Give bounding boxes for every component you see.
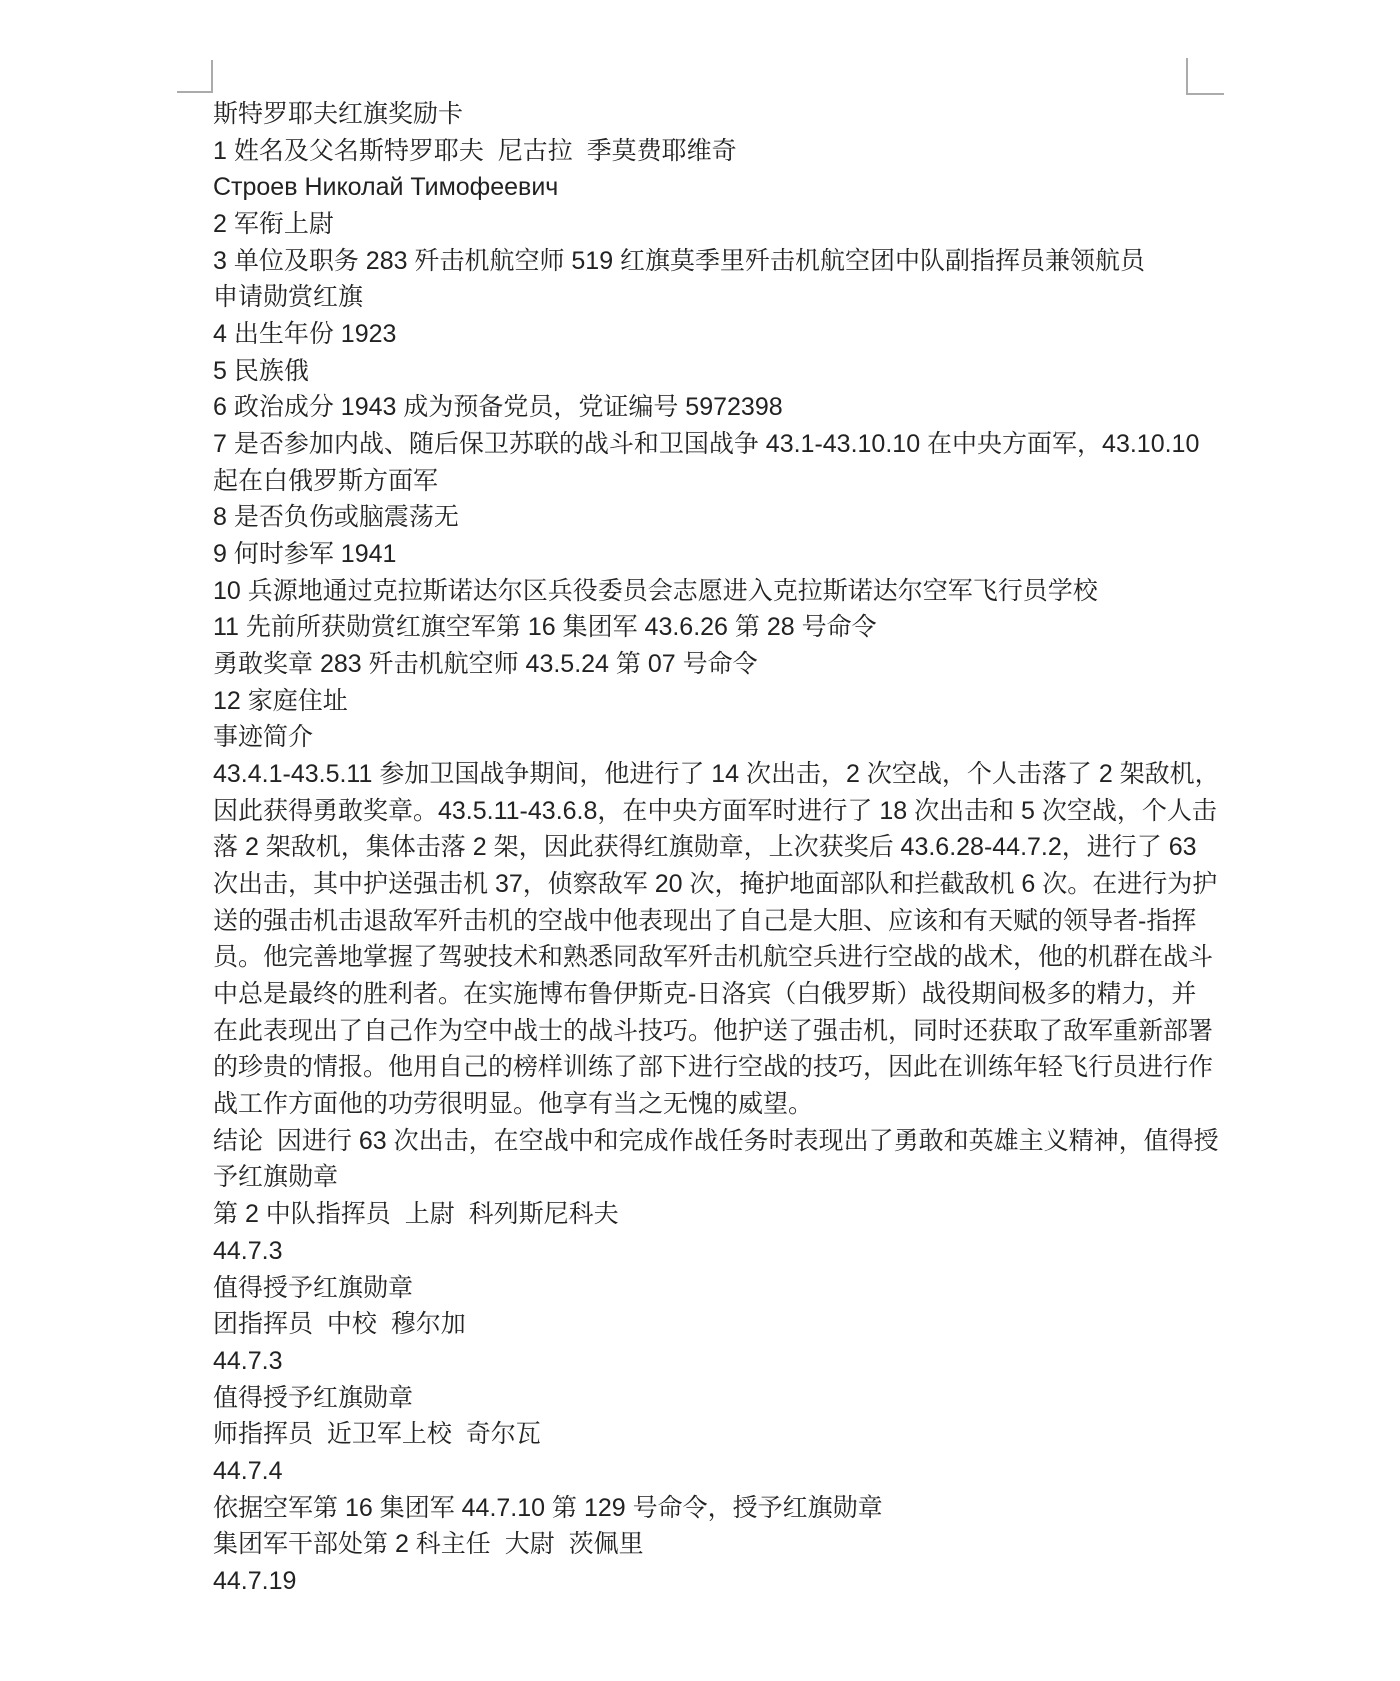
doc-line: 予红旗勋章 (213, 1159, 1263, 1196)
doc-line: 送的强击机击退敌军歼击机的空战中他表现出了自己是大胆、应该和有天赋的领导者-指挥 (213, 903, 1263, 940)
doc-line: 团指挥员 中校 穆尔加 (213, 1306, 1263, 1343)
doc-line: 依据空军第 16 集团军 44.7.10 第 129 号命令，授予红旗勋章 (213, 1490, 1263, 1527)
doc-line: 员。他完善地掌握了驾驶技术和熟悉同敌军歼击机航空兵进行空战的战术，他的机群在战斗 (213, 939, 1263, 976)
doc-line: 中总是最终的胜利者。在实施博布鲁伊斯克-日洛宾（白俄罗斯）战役期间极多的精力，并 (213, 976, 1263, 1013)
doc-line: 的珍贵的情报。他用自己的榜样训练了部下进行空战的技巧，因此在训练年轻飞行员进行作 (213, 1049, 1263, 1086)
doc-line: 6 政治成分 1943 成为预备党员，党证编号 5972398 (213, 389, 1263, 426)
doc-line: 4 出生年份 1923 (213, 316, 1263, 353)
margin-mark-top-left-horizontal-line (177, 91, 213, 93)
doc-line: 第 2 中队指挥员 上尉 科列斯尼科夫 (213, 1196, 1263, 1233)
doc-line: 11 先前所获勋赏红旗空军第 16 集团军 43.6.26 第 28 号命令 (213, 609, 1263, 646)
doc-line: 事迹简介 (213, 719, 1263, 756)
doc-line: 8 是否负伤或脑震荡无 (213, 499, 1263, 536)
margin-mark-top-right-horizontal-line (1186, 93, 1224, 95)
doc-line: 44.7.3 (213, 1343, 1263, 1380)
doc-line: 勇敢奖章 283 歼击机航空师 43.5.24 第 07 号命令 (213, 646, 1263, 683)
doc-line: 44.7.19 (213, 1563, 1263, 1600)
doc-line: 结论 因进行 63 次出击，在空战中和完成作战任务时表现出了勇敢和英雄主义精神，… (213, 1123, 1263, 1160)
doc-line: 值得授予红旗勋章 (213, 1380, 1263, 1417)
doc-line: Строев Николай Тимофеевич (213, 169, 1263, 206)
doc-line: 3 单位及职务 283 歼击机航空师 519 红旗莫季里歼击机航空团中队副指挥员… (213, 243, 1263, 280)
doc-line: 次出击，其中护送强击机 37，侦察敌军 20 次，掩护地面部队和拦截敌机 6 次… (213, 866, 1263, 903)
doc-line: 5 民族俄 (213, 353, 1263, 390)
doc-line: 12 家庭住址 (213, 683, 1263, 720)
doc-line: 集团军干部处第 2 科主任 大尉 茨佩里 (213, 1526, 1263, 1563)
document-page: 斯特罗耶夫红旗奖励卡 1 姓名及父名斯特罗耶夫 尼古拉 季莫费耶维奇 Строе… (0, 0, 1400, 1681)
doc-line: 9 何时参军 1941 (213, 536, 1263, 573)
doc-line: 落 2 架敌机，集体击落 2 架，因此获得红旗勋章，上次获奖后 43.6.28-… (213, 829, 1263, 866)
document-text-body: 斯特罗耶夫红旗奖励卡 1 姓名及父名斯特罗耶夫 尼古拉 季莫费耶维奇 Строе… (213, 96, 1263, 1600)
doc-line: 43.4.1-43.5.11 参加卫国战争期间，他进行了 14 次出击，2 次空… (213, 756, 1263, 793)
doc-line: 44.7.4 (213, 1453, 1263, 1490)
doc-line: 1 姓名及父名斯特罗耶夫 尼古拉 季莫费耶维奇 (213, 133, 1263, 170)
doc-line: 7 是否参加内战、随后保卫苏联的战斗和卫国战争 43.1-43.10.10 在中… (213, 426, 1263, 463)
doc-line: 师指挥员 近卫军上校 奇尔瓦 (213, 1416, 1263, 1453)
doc-line: 在此表现出了自己作为空中战士的战斗技巧。他护送了强击机，同时还获取了敌军重新部署 (213, 1013, 1263, 1050)
doc-title-line: 斯特罗耶夫红旗奖励卡 (213, 96, 1263, 133)
doc-line: 2 军衔上尉 (213, 206, 1263, 243)
doc-line: 申请勋赏红旗 (213, 279, 1263, 316)
margin-mark-top-left-vertical-line (211, 60, 213, 93)
margin-mark-top-right-vertical-line (1186, 58, 1188, 95)
doc-line: 44.7.3 (213, 1233, 1263, 1270)
doc-line: 因此获得勇敢奖章。43.5.11-43.6.8，在中央方面军时进行了 18 次出… (213, 793, 1263, 830)
doc-line: 10 兵源地通过克拉斯诺达尔区兵役委员会志愿进入克拉斯诺达尔空军飞行员学校 (213, 573, 1263, 610)
doc-line: 战工作方面他的功劳很明显。他享有当之无愧的威望。 (213, 1086, 1263, 1123)
doc-line: 值得授予红旗勋章 (213, 1270, 1263, 1307)
doc-line: 起在白俄罗斯方面军 (213, 463, 1263, 500)
